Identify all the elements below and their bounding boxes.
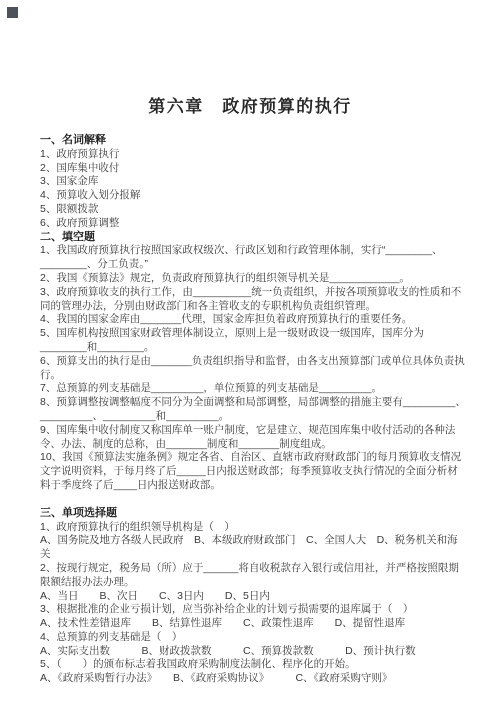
term-item: 5、限额拨款 [40, 203, 466, 217]
fill-blank-question: 4、我国的国家金库由_______代理，国家金库担负着政府预算执行的重要任务。 [40, 313, 466, 327]
choice-question: 2、按现行规定，税务局（所）应于______将自收税款存入银行或信用社，并严格按… [40, 562, 466, 590]
section-heading-single-choice: 三、单项选择题 [40, 507, 466, 521]
fill-blank-question: 6、预算支出的执行是由_______负责组织指导和监督，由各支出预算部门或单位具… [40, 355, 466, 383]
document-page: 第六章 政府预算的执行 一、名词解释 1、政府预算执行 2、国库集中收付 3、国… [0, 0, 500, 707]
choice-options: A、当日 B、次日 C、3日内 D、5日内 [40, 590, 466, 604]
choice-question: 3、根据批准的企业亏损计划，应当弥补给企业的计划亏损需要的退库属于（ ） [40, 603, 466, 617]
term-item: 1、政府预算执行 [40, 148, 466, 162]
choice-options: A、国务院及地方各级人民政府 B、本级政府财政部门 C、全国人大 D、税务机关和… [40, 534, 466, 562]
fill-blank-question: 10、我国《预算法实施条例》规定各省、自治区、直辖市政府财政部门的每月预算收支情… [40, 451, 466, 492]
term-item: 3、国家金库 [40, 175, 466, 189]
fill-blank-question: 2、我国《预算法》规定，负责政府预算执行的组织领导机关是____________… [40, 272, 466, 286]
fill-blank-question: 7、总预算的列支基础是_________，单位预算的列支基础是_________… [40, 382, 466, 396]
fill-blank-question: 3、政府预算收支的执行工作，由__________统一负责组织，并按各项预算收支… [40, 286, 466, 314]
section-heading-terms: 一、名词解释 [40, 134, 466, 148]
fill-blank-question: 8、预算调整按调整幅度不同分为全面调整和局部调整，局部调整的措施主要有_____… [40, 396, 466, 424]
term-item: 4、预算收入划分报解 [40, 189, 466, 203]
section-heading-fill-blanks: 二、填空题 [40, 231, 466, 245]
choice-question: 5、（ ）的颁布标志着我国政府采购制度法制化、程序化的开始。 [40, 658, 466, 672]
choice-options: A、技术性差错退库 B、结算性退库 C、政策性退库 D、提留性退库 [40, 617, 466, 631]
fill-blank-question: 5、国库机构按照国家财政管理体制设立，原则上是一级财政设一级国库，国库分为___… [40, 327, 466, 355]
term-item: 6、政府预算调整 [40, 217, 466, 231]
fill-blank-question: 1、我国政府预算执行按照国家政权级次、行政区划和行政管理体制，实行“______… [40, 244, 466, 272]
choice-options: A、实际支出数 B、财政拨款数 C、预算拨款数 D、预计执行数 [40, 645, 466, 659]
choice-options: A、《政府采购暂行办法》 B、《政府采购协议》 C、《政府采购守则》 [40, 672, 466, 686]
document-body: 一、名词解释 1、政府预算执行 2、国库集中收付 3、国家金库 4、预算收入划分… [40, 134, 466, 686]
scan-artifact-square [7, 7, 18, 18]
choice-question: 1、政府预算执行的组织领导机构是（ ） [40, 521, 466, 535]
term-item: 2、国库集中收付 [40, 162, 466, 176]
choice-question: 4、总预算的列支基础是（ ） [40, 631, 466, 645]
chapter-title: 第六章 政府预算的执行 [0, 0, 500, 117]
fill-blank-question: 9、国库集中收付制度又称国库单一账户制度，它是建立、规范国库集中收付活动的各种法… [40, 424, 466, 452]
